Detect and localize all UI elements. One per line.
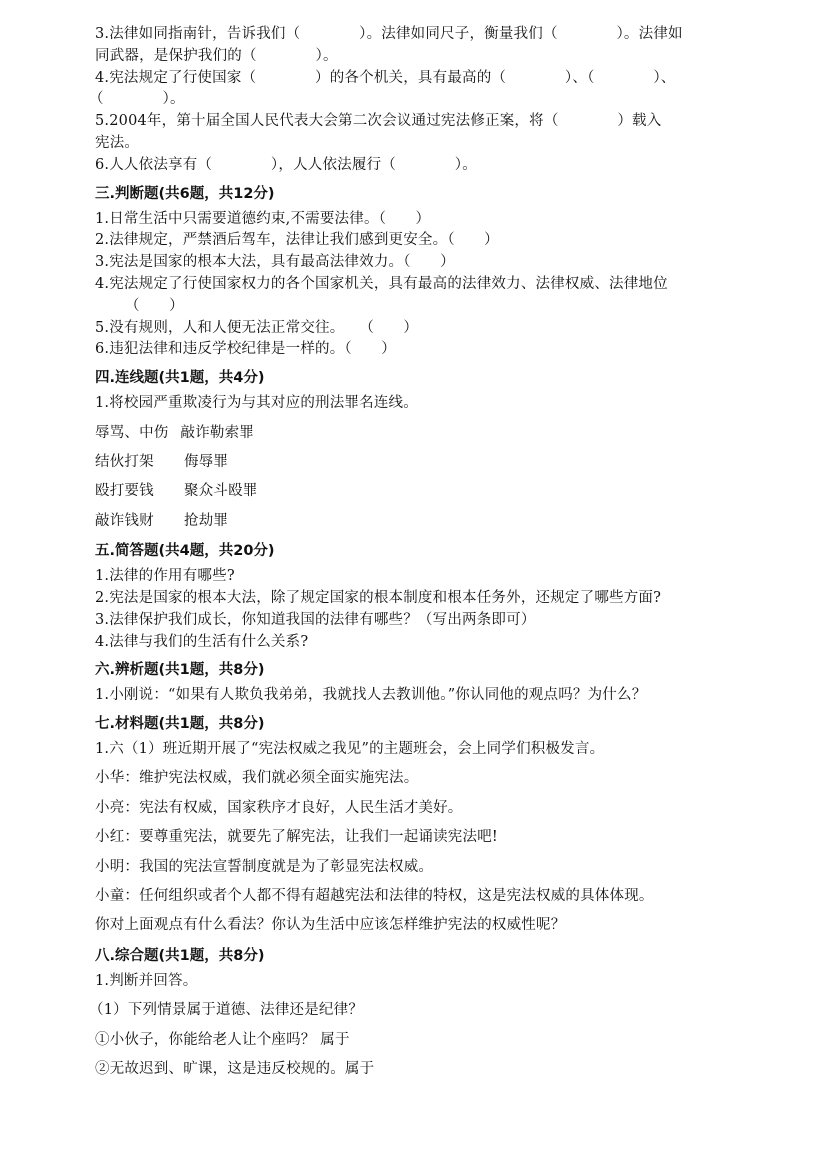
behavior-label: 辱骂、中伤 [95, 425, 169, 441]
question-item: 1.小刚说：“如果有人欺负我弟弟，我就找人去教训他。”你认同他的观点吗？为什么？ [95, 685, 745, 707]
exam-page: 3.法律如同指南针，告诉我们（ ）。法律如同尺子，衡量我们（ ）。法律如 同武器… [95, 24, 745, 1088]
answer-blank: （ ） [95, 296, 745, 318]
matching-row: 辱骂、中伤敲诈勒索罪 [95, 423, 745, 445]
question-item: 2.法律规定，严禁酒后驾车，法律让我们感到更安全。（ ） [95, 230, 745, 252]
crime-label: 侮辱罪 [184, 454, 228, 470]
question-item: 3.法律保护我们成长，你知道我国的法律有哪些？（写出两条即可） [95, 610, 745, 632]
crime-label: 聚众斗殴罪 [184, 483, 258, 499]
question-line: 同武器，是保护我们的（ ）。 [95, 46, 745, 68]
question-line: 4.宪法规定了行使国家（ ）的各个机关，具有最高的（ ）、（ ）、 [95, 68, 745, 90]
speaker-line: 小亮：宪法有权威，国家秩序才良好，人民生活才美好。 [95, 798, 745, 820]
section-title: 三.判断题(共6题，共12分) [95, 183, 745, 205]
scenario-item: ①小伙子，你能给老人让个座吗？ 属于 [95, 1030, 745, 1052]
question-item: 1.六（1）班近期开展了“宪法权威之我见”的主题班会，会上同学们积极发言。 [95, 739, 745, 761]
behavior-label: 结伙打架 [95, 452, 161, 474]
section-title: 七.材料题(共1题，共8分) [95, 713, 745, 735]
question-item: 1.法律的作用有哪些? [95, 566, 745, 588]
scenario-item: ②无故迟到、旷课，这是违反校规的。属于 [95, 1059, 745, 1081]
question-line: 6.人人依法享有（ ），人人依法履行（ ）。 [95, 155, 745, 177]
question-line: 3.法律如同指南针，告诉我们（ ）。法律如同尺子，衡量我们（ ）。法律如 [95, 24, 745, 46]
section-short-answer: 五.简答题(共4题，共20分) 1.法律的作用有哪些? 2.宪法是国家的根本大法… [95, 540, 745, 653]
question-line: 宪法。 [95, 133, 745, 155]
crime-label: 敲诈勒索罪 [181, 425, 255, 441]
question-item: 3.宪法是国家的根本大法，具有最高法律效力。（ ） [95, 252, 745, 274]
section-true-false: 三.判断题(共6题，共12分) 1.日常生活中只需要道德约束,不需要法律。（ ）… [95, 183, 745, 362]
sub-question: （1）下列情景属于道德、法律还是纪律？ [89, 1000, 745, 1022]
fill-in-blank-continued: 3.法律如同指南针，告诉我们（ ）。法律如同尺子，衡量我们（ ）。法律如 同武器… [95, 24, 745, 177]
behavior-label: 敲诈钱财 [95, 511, 161, 533]
question-item: 5.没有规则，人和人便无法正常交往。 （ ） [95, 318, 745, 340]
question-item: 1.判断并回答。 [95, 971, 745, 993]
matching-row: 殴打要钱聚众斗殴罪 [95, 481, 745, 503]
question-item: 1.日常生活中只需要道德约束,不需要法律。（ ） [95, 209, 745, 231]
question-item: 4.宪法规定了行使国家权力的各个国家机关，具有最高的法律效力、法律权威、法律地位 [95, 274, 745, 296]
crime-label: 抢劫罪 [184, 513, 228, 529]
section-matching: 四.连线题(共1题，共4分) 1.将校园严重欺凌行为与其对应的刑法罪名连线。 辱… [95, 367, 745, 532]
speaker-line: 小童：任何组织或者个人都不得有超越宪法和法律的特权，这是宪法权威的具体体现。 [95, 886, 745, 908]
section-material: 七.材料题(共1题，共8分) 1.六（1）班近期开展了“宪法权威之我见”的主题班… [95, 713, 745, 937]
matching-row: 结伙打架侮辱罪 [95, 452, 745, 474]
section-title: 八.综合题(共1题，共8分) [95, 945, 745, 967]
speaker-line: 小明：我国的宪法宣誓制度就是为了彰显宪法权威。 [95, 857, 745, 879]
behavior-label: 殴打要钱 [95, 481, 161, 503]
question-prompt: 你对上面观点有什么看法？你认为生活中应该怎样维护宪法的权威性呢？ [95, 915, 745, 937]
section-title: 六.辨析题(共1题，共8分) [95, 659, 745, 681]
speaker-line: 小华：维护宪法权威，我们就必须全面实施宪法。 [95, 768, 745, 790]
matching-row: 敲诈钱财抢劫罪 [95, 511, 745, 533]
question-item: 1.将校园严重欺凌行为与其对应的刑法罪名连线。 [95, 393, 745, 415]
section-comprehensive: 八.综合题(共1题，共8分) 1.判断并回答。 （1）下列情景属于道德、法律还是… [95, 945, 745, 1081]
question-item: 2.宪法是国家的根本大法，除了规定国家的根本制度和根本任务外，还规定了哪些方面? [95, 588, 745, 610]
section-analysis: 六.辨析题(共1题，共8分) 1.小刚说：“如果有人欺负我弟弟，我就找人去教训他… [95, 659, 745, 707]
section-title: 四.连线题(共1题，共4分) [95, 367, 745, 389]
question-line: （ ）。 [89, 89, 745, 111]
question-line: 5.2004年，第十届全国人民代表大会第二次会议通过宪法修正案，将（ ）载入 [95, 111, 745, 133]
question-item: 4.法律与我们的生活有什么关系? [95, 632, 745, 654]
question-item: 6.违犯法律和违反学校纪律是一样的。（ ） [95, 339, 745, 361]
section-title: 五.简答题(共4题，共20分) [95, 540, 745, 562]
speaker-line: 小红：要尊重宪法，就要先了解宪法，让我们一起诵读宪法吧! [95, 827, 745, 849]
